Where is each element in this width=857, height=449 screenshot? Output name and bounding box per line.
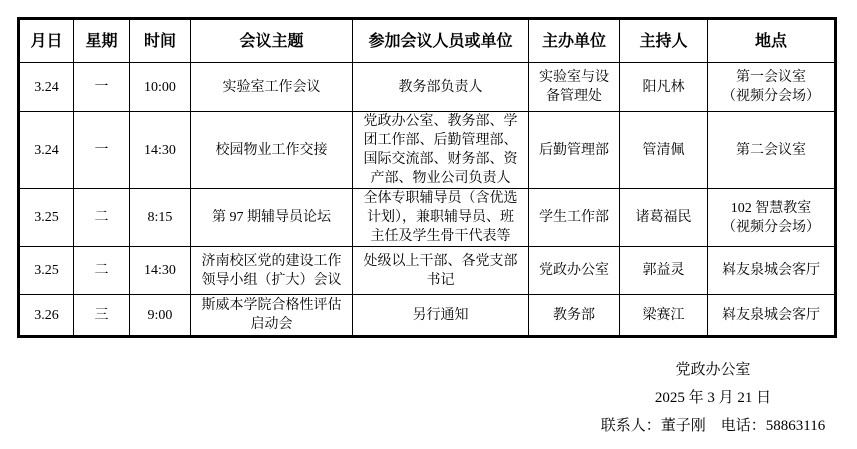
signature-contact: 联系人：董子刚 电话：58863116: [563, 412, 857, 440]
cell-participants: 另行通知: [353, 295, 529, 337]
cell-participants: 教务部负责人: [353, 63, 529, 112]
cell-date: 3.26: [19, 295, 74, 337]
signature-date: 2025 年 3 月 21 日: [563, 384, 857, 412]
document-page: 月日 星期 时间 会议主题 参加会议人员或单位 主办单位 主持人 地点 3.24…: [0, 0, 857, 449]
cell-organizer: 实验室与设 备管理处: [529, 63, 620, 112]
cell-date: 3.25: [19, 189, 74, 247]
cell-participants: 全体专职辅导员（含优选 计划），兼职辅导员、班 主任及学生骨干代表等: [353, 189, 529, 247]
cell-participants: 处级以上干部、各党支部 书记: [353, 247, 529, 295]
col-header-host: 主持人: [620, 19, 708, 63]
cell-weekday: 一: [74, 63, 130, 112]
table-row: 3.25 二 8:15 第 97 期辅导员论坛 全体专职辅导员（含优选 计划），…: [19, 189, 836, 247]
table-row: 3.24 一 10:00 实验室工作会议 教务部负责人 实验室与设 备管理处 阳…: [19, 63, 836, 112]
cell-organizer: 学生工作部: [529, 189, 620, 247]
cell-location: 第二会议室: [708, 112, 836, 189]
table-row: 3.24 一 14:30 校园物业工作交接 党政办公室、教务部、学 团工作部、后…: [19, 112, 836, 189]
table-row: 3.25 二 14:30 济南校区党的建设工作 领导小组（扩大）会议 处级以上干…: [19, 247, 836, 295]
col-header-date: 月日: [19, 19, 74, 63]
col-header-participants: 参加会议人员或单位: [353, 19, 529, 63]
cell-time: 8:15: [130, 189, 191, 247]
col-header-time: 时间: [130, 19, 191, 63]
signature-block: 党政办公室 2025 年 3 月 21 日 联系人：董子刚 电话：5886311…: [563, 356, 857, 440]
cell-topic: 实验室工作会议: [191, 63, 353, 112]
cell-host: 阳凡林: [620, 63, 708, 112]
cell-location: 嵙友泉城会客厅: [708, 295, 836, 337]
cell-time: 10:00: [130, 63, 191, 112]
cell-organizer: 后勤管理部: [529, 112, 620, 189]
signature-department: 党政办公室: [563, 356, 857, 384]
cell-topic: 斯威本学院合格性评估 启动会: [191, 295, 353, 337]
cell-time: 14:30: [130, 247, 191, 295]
cell-topic: 第 97 期辅导员论坛: [191, 189, 353, 247]
meeting-schedule-table: 月日 星期 时间 会议主题 参加会议人员或单位 主办单位 主持人 地点 3.24…: [17, 17, 837, 338]
table-row: 3.26 三 9:00 斯威本学院合格性评估 启动会 另行通知 教务部 梁赛江 …: [19, 295, 836, 337]
cell-weekday: 三: [74, 295, 130, 337]
cell-date: 3.24: [19, 63, 74, 112]
cell-time: 9:00: [130, 295, 191, 337]
cell-host: 郭益灵: [620, 247, 708, 295]
col-header-organizer: 主办单位: [529, 19, 620, 63]
cell-weekday: 二: [74, 247, 130, 295]
col-header-location: 地点: [708, 19, 836, 63]
cell-location: 第一会议室 （视频分会场）: [708, 63, 836, 112]
cell-host: 管清佩: [620, 112, 708, 189]
cell-location: 嵙友泉城会客厅: [708, 247, 836, 295]
cell-participants: 党政办公室、教务部、学 团工作部、后勤管理部、 国际交流部、财务部、资 产部、物…: [353, 112, 529, 189]
cell-topic: 校园物业工作交接: [191, 112, 353, 189]
cell-topic: 济南校区党的建设工作 领导小组（扩大）会议: [191, 247, 353, 295]
cell-organizer: 党政办公室: [529, 247, 620, 295]
cell-organizer: 教务部: [529, 295, 620, 337]
cell-date: 3.24: [19, 112, 74, 189]
cell-location: 102 智慧教室 （视频分会场）: [708, 189, 836, 247]
col-header-weekday: 星期: [74, 19, 130, 63]
cell-date: 3.25: [19, 247, 74, 295]
col-header-topic: 会议主题: [191, 19, 353, 63]
cell-weekday: 一: [74, 112, 130, 189]
cell-host: 梁赛江: [620, 295, 708, 337]
cell-host: 诸葛福民: [620, 189, 708, 247]
cell-weekday: 二: [74, 189, 130, 247]
table-header-row: 月日 星期 时间 会议主题 参加会议人员或单位 主办单位 主持人 地点: [19, 19, 836, 63]
cell-time: 14:30: [130, 112, 191, 189]
